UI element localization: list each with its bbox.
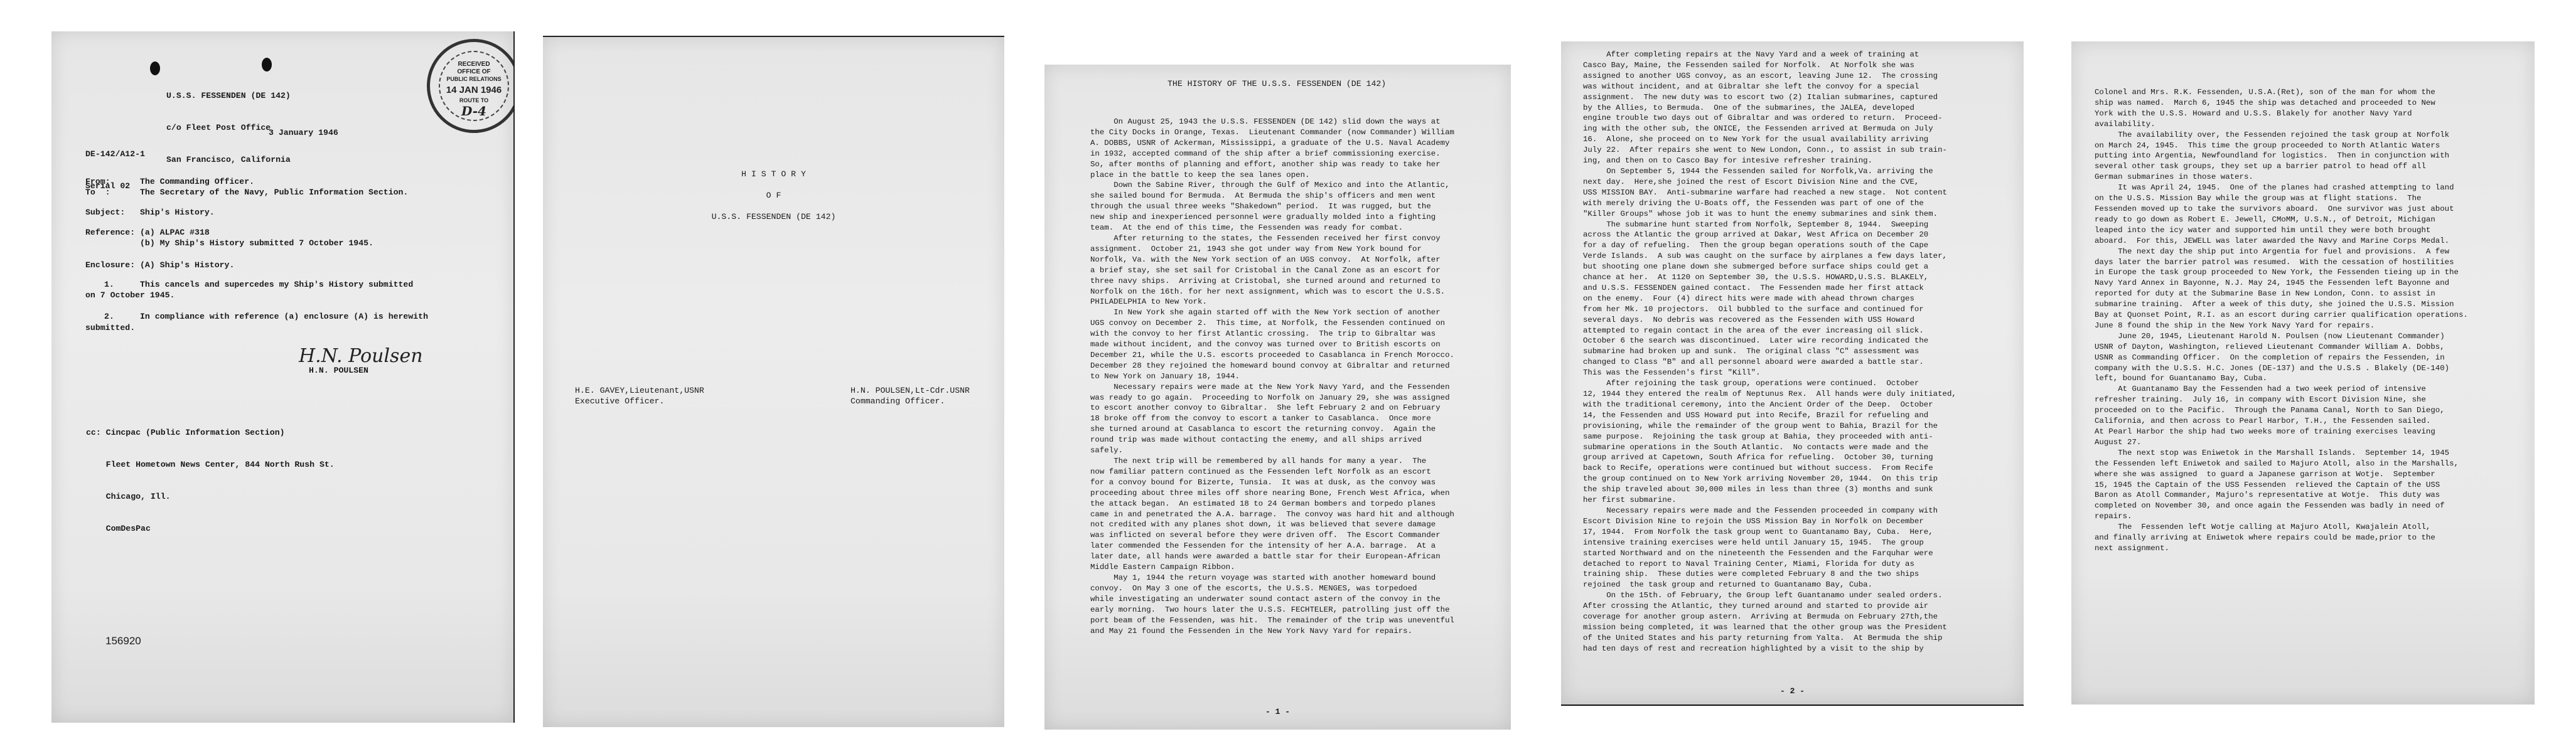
letterhead-line: San Francisco, California: [166, 154, 291, 165]
history-paragraph: In New York she again started off with t…: [1090, 307, 1505, 381]
page-number: - 1 -: [1044, 707, 1511, 716]
cc-line: Fleet Hometown News Center, 844 North Ru…: [86, 459, 335, 470]
para1-number: 1.: [104, 279, 114, 290]
stamp-text: PUBLIC RELATIONS: [430, 76, 515, 82]
letter-date: 3 January 1946: [269, 127, 338, 138]
from-value: The Commanding Officer.: [140, 176, 254, 187]
history-paragraph: June 20, 1945, Lieutenant Harold N. Poul…: [2095, 331, 2528, 385]
history-paragraph: The submarine hunt started from Norfolk,…: [1583, 220, 2016, 379]
history-paragraph: The next stop was Eniwetok in the Marsha…: [2095, 448, 2528, 522]
title-of: O F: [543, 190, 1004, 201]
history-paragraph: After completing repairs at the Navy Yar…: [1583, 50, 2016, 166]
stamp-text: ROUTE TO: [430, 97, 515, 104]
para2-line2: submitted.: [85, 322, 135, 333]
handwritten-signature: H.N. Poulsen: [299, 345, 423, 367]
cc-line: cc: Cincpac (Public Information Section): [86, 427, 335, 438]
enclosure-value: (A) Ship's History.: [140, 260, 234, 270]
history-paragraph: The next trip will be remembered by all …: [1090, 456, 1505, 573]
history-heading: THE HISTORY OF THE U.S.S. FESSENDEN (DE …: [1167, 78, 1386, 89]
history-paragraph: Down the Sabine River, through the Gulf …: [1090, 180, 1505, 233]
history-paragraph: Necessary repairs were made at the New Y…: [1090, 382, 1505, 456]
page-history-1: THE HISTORY OF THE U.S.S. FESSENDEN (DE …: [1044, 65, 1511, 730]
stamp-text: OFFICE OF: [430, 68, 515, 75]
history-paragraph: Colonel and Mrs. R.K. Fessenden, U.S.A.(…: [2095, 87, 2528, 130]
history-body: On August 25, 1943 the U.S.S. FESSENDEN …: [1090, 117, 1505, 636]
document-number: 156920: [105, 636, 141, 646]
commanding-officer-name: H.N. POULSEN,Lt-Cdr.USNR: [851, 385, 970, 396]
stamp-text: RECEIVED: [430, 61, 515, 68]
history-body: Colonel and Mrs. R.K. Fessenden, U.S.A.(…: [2095, 87, 2528, 554]
punch-hole: [150, 61, 160, 75]
page-history-3: Colonel and Mrs. R.K. Fessenden, U.S.A.(…: [2071, 41, 2535, 705]
subject-value: Ship's History.: [140, 207, 215, 218]
history-paragraph: At Guantanamo Bay the Fessenden had a tw…: [2095, 384, 2528, 447]
cc-line: Chicago, Ill.: [86, 491, 335, 502]
to-value: The Secretary of the Navy, Public Inform…: [140, 187, 408, 198]
from-label: From:: [85, 176, 110, 187]
stamp-date: 14 JAN 1946: [430, 85, 515, 95]
executive-officer-title: Executive Officer.: [575, 396, 664, 407]
received-stamp: RECEIVED OFFICE OF PUBLIC RELATIONS 14 J…: [427, 39, 515, 133]
page-number: - 2 -: [1561, 686, 2024, 696]
subject-label: Subject:: [85, 207, 125, 218]
history-paragraph: On September 5, 1944 the Fessenden saile…: [1583, 166, 2016, 220]
history-paragraph: On the 15th. of February, the Group left…: [1583, 590, 2016, 654]
cc-list: cc: Cincpac (Public Information Section)…: [86, 406, 335, 555]
history-paragraph: On August 25, 1943 the U.S.S. FESSENDEN …: [1090, 117, 1505, 180]
para2-line1: In compliance with reference (a) enclosu…: [140, 311, 428, 322]
para1-line2: on 7 October 1945.: [85, 290, 174, 301]
page-history-2: After completing repairs at the Navy Yar…: [1561, 41, 2024, 706]
reference-a: (a) ALPAC #318: [140, 227, 210, 238]
signer-name: H.N. POULSEN: [309, 365, 368, 376]
title-ship-name: U.S.S. FESSENDEN (DE 142): [543, 211, 1004, 222]
executive-officer-name: H.E. GAVEY,Lieutenant,USNR: [575, 385, 704, 396]
enclosure-label: Enclosure:: [85, 260, 135, 270]
history-paragraph: The Fessenden left Wotje calling at Maju…: [2095, 522, 2528, 554]
cc-line: ComDesPac: [86, 523, 335, 534]
history-paragraph: The next day the ship put into Argentia …: [2095, 247, 2528, 331]
history-paragraph: It was April 24, 1945. One of the planes…: [2095, 183, 2528, 246]
para1-line1: This cancels and supercedes my Ship's Hi…: [140, 279, 413, 290]
letterhead-line: U.S.S. FESSENDEN (DE 142): [166, 90, 291, 101]
title-history: H I S T O R Y: [543, 169, 1004, 179]
page-cover-letter: U.S.S. FESSENDEN (DE 142) c/o Fleet Post…: [51, 31, 515, 723]
file-reference: DE-142/A12-1 Serial 02: [85, 127, 145, 213]
para2-number: 2.: [104, 311, 114, 322]
file-ref-line: DE-142/A12-1: [85, 149, 145, 159]
commanding-officer-title: Commanding Officer.: [851, 396, 945, 407]
history-paragraph: Necessary repairs were made and the Fess…: [1583, 506, 2016, 590]
stamp-handwriting: D-4: [430, 104, 515, 119]
to-label: To :: [85, 187, 110, 198]
history-paragraph: The availability over, the Fessenden rej…: [2095, 130, 2528, 183]
history-paragraph: After rejoining the task group, operatio…: [1583, 378, 2016, 506]
page-title-page: H I S T O R Y O F U.S.S. FESSENDEN (DE 1…: [543, 36, 1004, 727]
reference-b: (b) My Ship's History submitted 7 Octobe…: [140, 238, 373, 248]
history-body: After completing repairs at the Navy Yar…: [1583, 50, 2016, 654]
history-paragraph: May 1, 1944 the return voyage was starte…: [1090, 573, 1505, 636]
history-paragraph: After returning to the states, the Fesse…: [1090, 233, 1505, 307]
reference-label: Reference:: [85, 227, 135, 238]
